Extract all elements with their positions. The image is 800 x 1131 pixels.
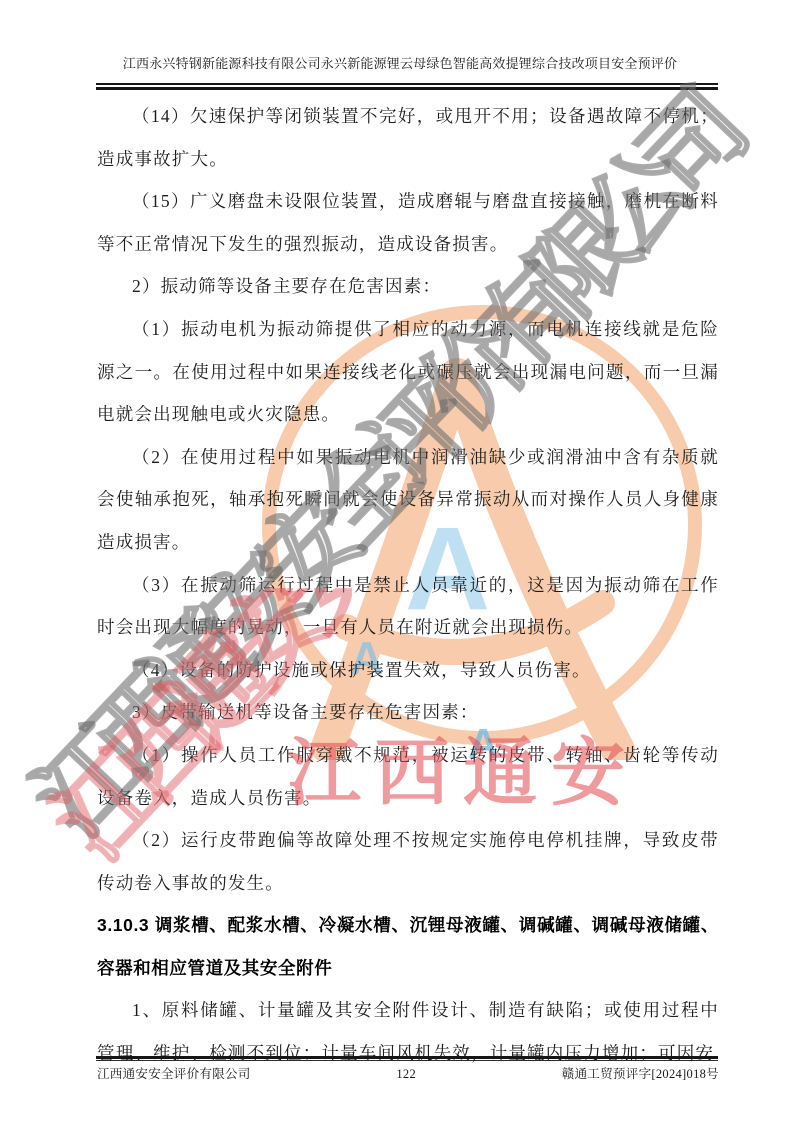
page-header-title: 江西永兴特钢新能源科技有限公司永兴新能源锂云母绿色智能高效提锂综合技改项目安全预… <box>30 53 770 72</box>
paragraph-14: （14）欠速保护等闭锁装置不完好，或甩开不用；设备遇故障不停机；造成事故扩大。 <box>97 95 719 180</box>
paragraph-3-1: （1）操作人员工作服穿戴不规范，被运转的皮带、转轴、齿轮等传动设备卷入，造成人员… <box>97 734 719 819</box>
paragraph-2-2: （2）在使用过程中如果振动电机中润滑油缺少或润滑油中含有杂质就会使轴承抱死，轴承… <box>97 436 719 564</box>
paragraph-2-3: （3）在振动筛运行过程中是禁止人员靠近的，这是因为振动筛在工作时会出现大幅度的晃… <box>97 564 719 649</box>
footer-rule <box>96 1056 718 1061</box>
page-footer: 江西通安安全评价有限公司 122 赣通工贸预评字[2024]018号 <box>97 1064 719 1082</box>
footer-page-number: 122 <box>396 1067 416 1082</box>
paragraph-item-3: 3）皮带输送机等设备主要存在危害因素： <box>97 691 719 734</box>
section-heading-3-10-3: 3.10.3 调浆槽、配浆水槽、冷凝水槽、沉锂母液罐、调碱罐、调碱母液储罐、容器… <box>97 904 719 989</box>
paragraph-2-4: （4）设备的防护设施或保护装置失效，导致人员伤害。 <box>97 649 719 692</box>
paragraph-tank-1: 1、原料储罐、计量罐及其安全附件设计、制造有缺陷；或使用过程中管理、维护、检测不… <box>97 989 719 1074</box>
paragraph-item-2: 2）振动筛等设备主要存在危害因素： <box>97 265 719 308</box>
document-page: A A A 江西永兴特钢新能源科技有限公司永兴新能源锂云母绿色智能高效提锂综合技… <box>0 0 800 1131</box>
footer-company: 江西通安安全评价有限公司 <box>97 1064 251 1082</box>
document-body: （14）欠速保护等闭锁装置不完好，或甩开不用；设备遇故障不停机；造成事故扩大。 … <box>97 95 719 1075</box>
paragraph-2-1: （1）振动电机为振动筛提供了相应的动力源，而电机连接线就是危险源之一。在使用过程… <box>97 308 719 436</box>
paragraph-15: （15）广义磨盘未设限位装置，造成磨辊与磨盘直接接触，磨机在断料等不正常情况下发… <box>97 180 719 265</box>
header-rule <box>96 83 718 90</box>
footer-doc-number: 赣通工贸预评字[2024]018号 <box>562 1064 719 1082</box>
paragraph-3-2: （2）运行皮带跑偏等故障处理不按规定实施停电停机挂牌，导致皮带传动卷入事故的发生… <box>97 819 719 904</box>
